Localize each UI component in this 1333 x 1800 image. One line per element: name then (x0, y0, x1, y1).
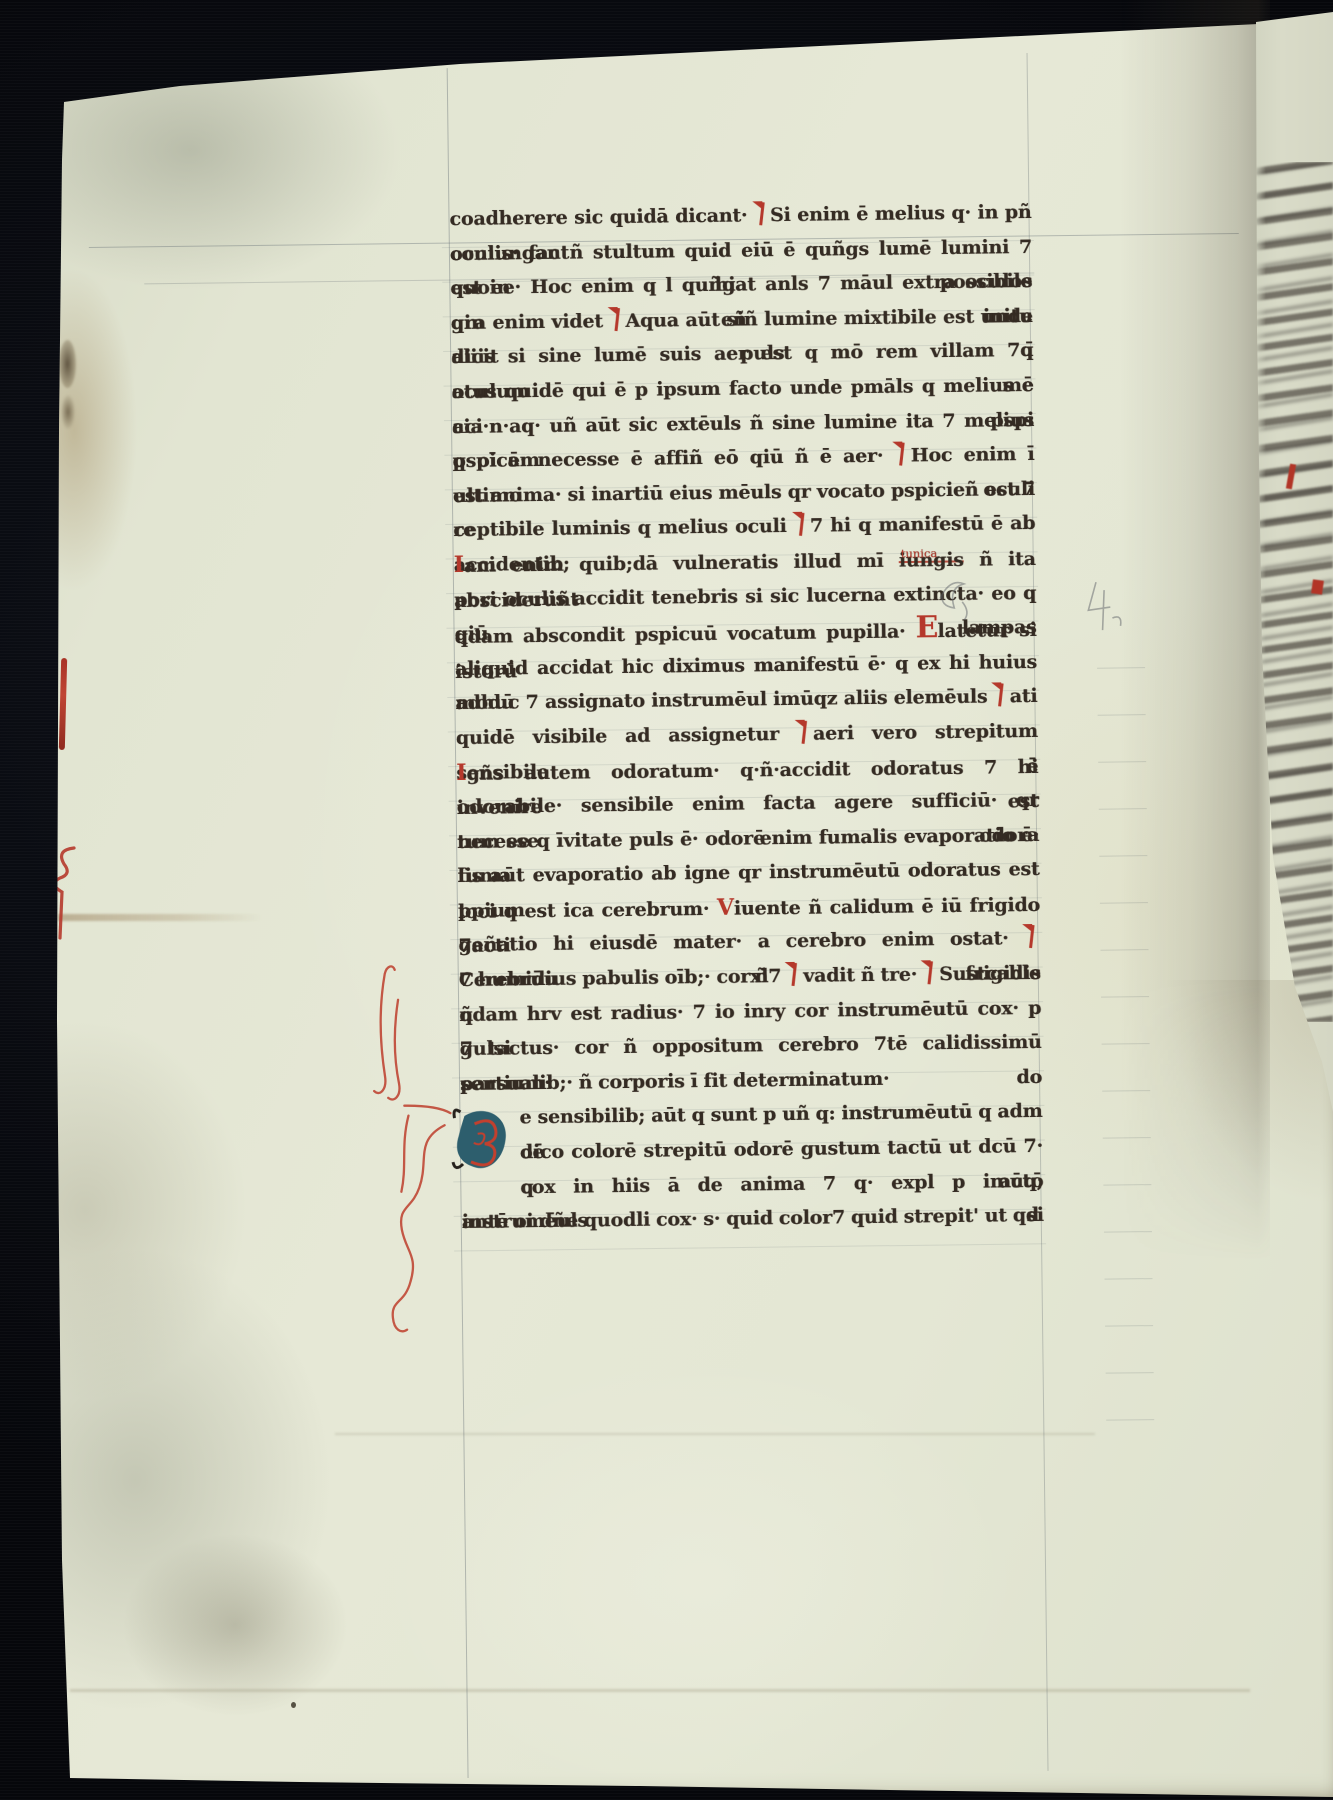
rubricated-letter: E (915, 610, 937, 645)
text-segment: am enim quib;dā vulneratis illud mī (464, 550, 899, 577)
rubric-capitulum-mark (788, 963, 799, 986)
text-segment: ati (1010, 685, 1038, 707)
rubric-capitulum-mark (895, 443, 906, 466)
pencil-scribble (936, 568, 981, 625)
text-line: 7 tactus· cor ñ oppositum cerebro 7tē ca… (459, 1025, 1041, 1067)
rubricated-letter: V (717, 895, 734, 921)
rubric-capitulum-mark (795, 513, 806, 536)
rubric-capitulum-mark (995, 684, 1006, 707)
text-segment: ceptibile luminis q melius oculi (453, 515, 794, 541)
rubric-capitulum-mark (1025, 925, 1036, 948)
page-curve-shading (1150, 980, 1333, 1410)
text-segment: vadit ñ tre· (803, 963, 923, 986)
rubricated-letter: I (456, 759, 466, 785)
rubric-capitulum-mark (755, 202, 766, 225)
text-segment: 7 humidius pabulis oīb;· corxl7 (459, 965, 788, 991)
text-segment: quidē visibile ad assignetur (456, 723, 797, 749)
photo-background: coadherere sic quidā dicant· Si enim ē m… (0, 0, 1333, 1800)
interlinear-gloss: tunica (901, 536, 938, 571)
text-segment: antē oi dñe quodli cox· s· quid color7 q… (462, 1204, 1039, 1233)
text-line: antē oi dñe quodli cox· s· quid color7 q… (462, 1198, 1044, 1240)
facing-red-mark (1311, 579, 1324, 594)
text-segment: geñatio hi eiusdē mater· a cerebro enim … (458, 928, 1024, 957)
text-segment: loci q est ica cerebrum· (458, 898, 717, 923)
text-segment: coadherere sic quidā dicant· (449, 204, 754, 230)
text-segment: qdam abscondit pspicuū vocatum pupilla· (454, 621, 915, 649)
rubric-capitulum-mark (924, 961, 935, 984)
text-block: coadherere sic quidā dicant· Si enim ē m… (449, 195, 1044, 1240)
penwork-flourish (343, 955, 478, 1347)
text-segment: adhuc 7 assignato instrumēul imūqz aliis… (455, 686, 994, 715)
rubric-capitulum-mark (610, 308, 621, 331)
text-segment: sensualib;· ñ corporis ī fit determinatu… (460, 1068, 890, 1095)
text-segment: gra enim videt (451, 310, 610, 334)
text-segment: q oī ē· necesse ē affiñ eō qiū ñ ē aer· (452, 445, 894, 472)
rubric-capitulum-mark (798, 721, 809, 744)
rubricated-letter: I (454, 552, 464, 578)
